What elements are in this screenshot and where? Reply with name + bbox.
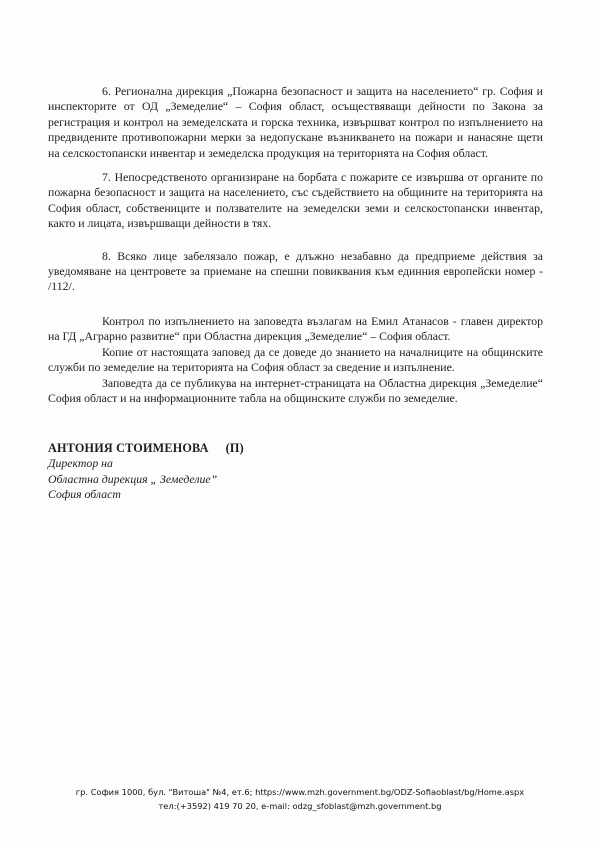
signature-block: АНТОНИЯ СТОИМЕНОВА(П) Директор на Област…	[48, 440, 543, 502]
paragraph-emergency-number: 8. Всяко лице забелязало пожар, е длъжно…	[48, 249, 543, 295]
paragraph-publication: Заповедта да се публикува на интернет-ст…	[48, 376, 543, 407]
page-footer: гр. София 1000, бул. "Витоша" №4, ет.6; …	[0, 786, 600, 813]
footer-contact-line: тел:(+3592) 419 70 20, e-mail: odzg_sfob…	[0, 800, 600, 814]
document-body: 6. Регионална дирекция „Пожарна безопасн…	[48, 84, 543, 502]
signature-name-line: АНТОНИЯ СТОИМЕНОВА(П)	[48, 440, 543, 456]
paragraph-copy-distribution: Копие от настоящата заповед да се доведе…	[48, 345, 543, 376]
signature-mark: (П)	[226, 441, 244, 455]
signature-organization: Областна дирекция „ Земеделие”	[48, 472, 543, 487]
footer-address-line: гр. София 1000, бул. "Витоша" №4, ет.6; …	[0, 786, 600, 800]
document-page: 6. Регионална дирекция „Пожарна безопасн…	[0, 0, 600, 848]
paragraph-control-assignment: Контрол по изпълнението на заповедта въз…	[48, 314, 543, 345]
signature-name: АНТОНИЯ СТОИМЕНОВА	[48, 441, 209, 455]
signature-region: София област	[48, 487, 543, 502]
paragraph-firefighting-organization: 7. Непосредственото организиране на борб…	[48, 170, 543, 232]
signature-title: Директор на	[48, 456, 543, 471]
paragraph-regional-directorate: 6. Регионална дирекция „Пожарна безопасн…	[48, 84, 543, 161]
